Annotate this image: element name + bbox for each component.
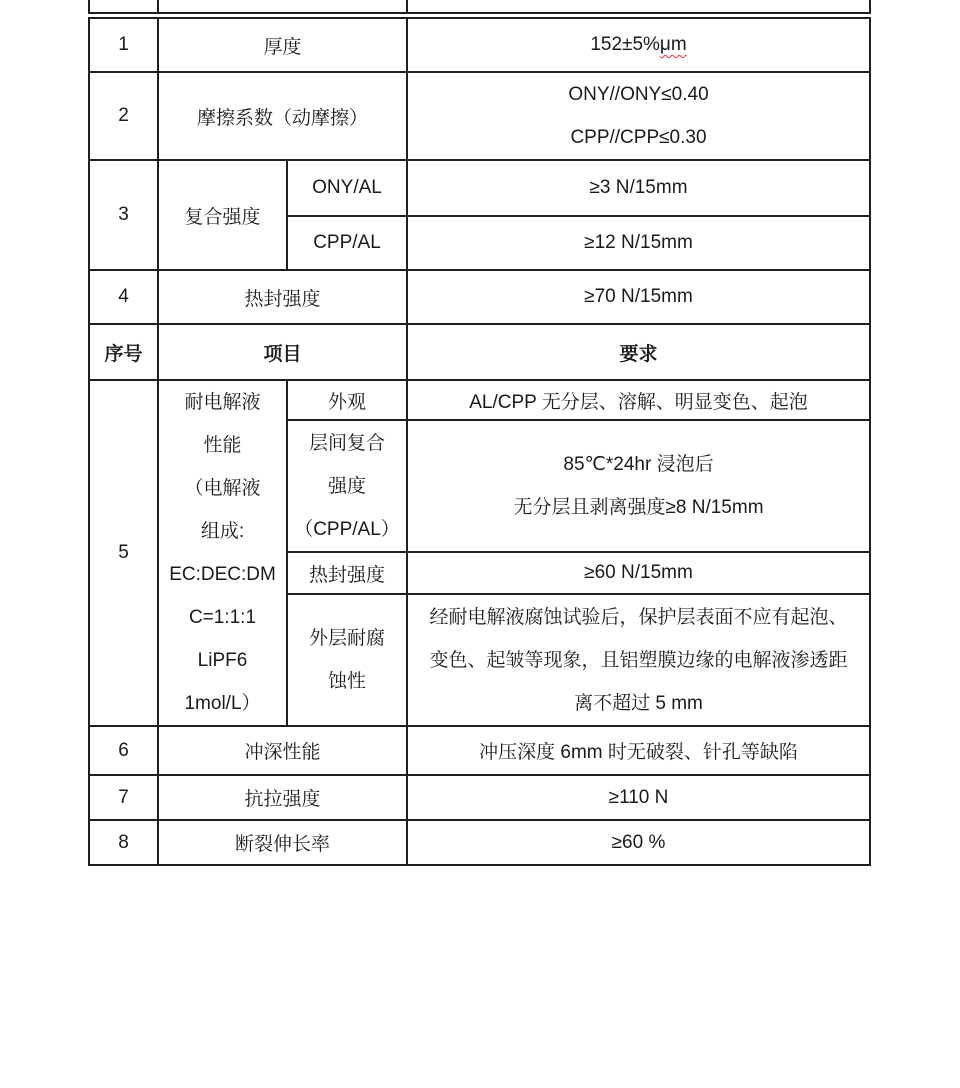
row5-sub2-line3: （CPP/AL） [292,508,402,551]
row2-req-line1: ONY//ONY≤0.40 [412,73,865,116]
row5-item-line6: C=1:1:1 [163,596,282,639]
row-8: 8 断裂伸长率 ≥60 % [89,820,870,865]
row5-item-line1: 耐电解液 [163,381,282,424]
header-requirement: 要求 [407,324,870,380]
row5-req4-line2: 变色、起皱等现象，且铝塑膜边缘的电解液渗透距 [412,639,865,682]
row6-requirement: 冲压深度 6mm 时无破裂、针孔等缺陷 [407,726,870,775]
row8-item: 断裂伸长率 [158,820,407,865]
row3-sub-cpp-al: CPP/AL [287,216,407,270]
row7-seq: 7 [89,775,158,820]
row4-requirement: ≥70 N/15mm [407,270,870,324]
row2-req-line2: CPP//CPP≤0.30 [412,116,865,159]
row5-req2-line1: 85℃*24hr 浸泡后 [412,443,865,486]
partial-seq-cell [89,0,158,13]
spec-table: 1 厚度 152±5%μm 2 摩擦系数（动摩擦） ONY//ONY≤0.40 … [88,17,871,866]
row5-req-interlayer-strength: 85℃*24hr 浸泡后 无分层且剥离强度≥8 N/15mm [407,420,870,552]
document-page: 1 厚度 152±5%μm 2 摩擦系数（动摩擦） ONY//ONY≤0.40 … [0,0,960,1088]
row5-item-line3: （电解液 [163,467,282,510]
row-5a: 5 耐电解液 性能 （电解液 组成: EC:DEC:DM C=1:1:1 LiP… [89,380,870,420]
row5-sub4-line2: 蚀性 [292,660,402,703]
row8-seq: 8 [89,820,158,865]
row2-requirement: ONY//ONY≤0.40 CPP//CPP≤0.30 [407,72,870,160]
row3-seq: 3 [89,160,158,270]
row5-item-line8: 1mol/L） [163,682,282,725]
row5-sub-appearance: 外观 [287,380,407,420]
row-3a: 3 复合强度 ONY/AL ≥3 N/15mm [89,160,870,216]
row5-req-heat-seal: ≥60 N/15mm [407,552,870,594]
row4-item: 热封强度 [158,270,407,324]
row5-req2-line2: 无分层且剥离强度≥8 N/15mm [412,486,865,529]
row5-sub2-line1: 层间复合 [292,422,402,465]
row-4: 4 热封强度 ≥70 N/15mm [89,270,870,324]
row5-item: 耐电解液 性能 （电解液 组成: EC:DEC:DM C=1:1:1 LiPF6… [158,380,287,726]
row-1: 1 厚度 152±5%μm [89,18,870,72]
row1-seq: 1 [89,18,158,72]
partial-item-cell [158,0,407,13]
row5-req4-line1: 经耐电解液腐蚀试验后，保护层表面不应有起泡、 [412,596,865,639]
row6-item: 冲深性能 [158,726,407,775]
row5-seq: 5 [89,380,158,726]
row5-req-outer-corrosion: 经耐电解液腐蚀试验后，保护层表面不应有起泡、 变色、起皱等现象，且铝塑膜边缘的电… [407,594,870,726]
row1-req-value: 152±5% [590,34,660,55]
row-7: 7 抗拉强度 ≥110 N [89,775,870,820]
partial-top-row-table [88,0,871,14]
row-2: 2 摩擦系数（动摩擦） ONY//ONY≤0.40 CPP//CPP≤0.30 [89,72,870,160]
row8-requirement: ≥60 % [407,820,870,865]
row6-seq: 6 [89,726,158,775]
row2-seq: 2 [89,72,158,160]
row1-requirement: 152±5%μm [407,18,870,72]
row5-req-appearance: AL/CPP 无分层、溶解、明显变色、起泡 [407,380,870,420]
row5-req4-line3: 离不超过 5 mm [412,682,865,725]
partial-req-cell [407,0,870,13]
header-seq: 序号 [89,324,158,380]
row5-sub2-line2: 强度 [292,465,402,508]
row7-requirement: ≥110 N [407,775,870,820]
row4-seq: 4 [89,270,158,324]
row3-req-ony-al: ≥3 N/15mm [407,160,870,216]
row3-item: 复合强度 [158,160,287,270]
row5-sub4-line1: 外层耐腐 [292,617,402,660]
row7-item: 抗拉强度 [158,775,407,820]
row5-item-line5: EC:DEC:DM [163,553,282,596]
row1-req-unit-spellflagged: μm [660,34,687,55]
row5-sub-interlayer-strength: 层间复合 强度 （CPP/AL） [287,420,407,552]
header-item: 项目 [158,324,407,380]
row1-item: 厚度 [158,18,407,72]
row5-item-line2: 性能 [163,424,282,467]
row5-item-line7: LiPF6 [163,639,282,682]
partial-top-row [89,0,870,13]
spec-table-container: 1 厚度 152±5%μm 2 摩擦系数（动摩擦） ONY//ONY≤0.40 … [88,0,871,866]
row3-sub-ony-al: ONY/AL [287,160,407,216]
header-row: 序号 项目 要求 [89,324,870,380]
row3-req-cpp-al: ≥12 N/15mm [407,216,870,270]
row5-sub-heat-seal: 热封强度 [287,552,407,594]
row-6: 6 冲深性能 冲压深度 6mm 时无破裂、针孔等缺陷 [89,726,870,775]
row5-sub-outer-corrosion: 外层耐腐 蚀性 [287,594,407,726]
row5-item-line4: 组成: [163,510,282,553]
row2-item: 摩擦系数（动摩擦） [158,72,407,160]
